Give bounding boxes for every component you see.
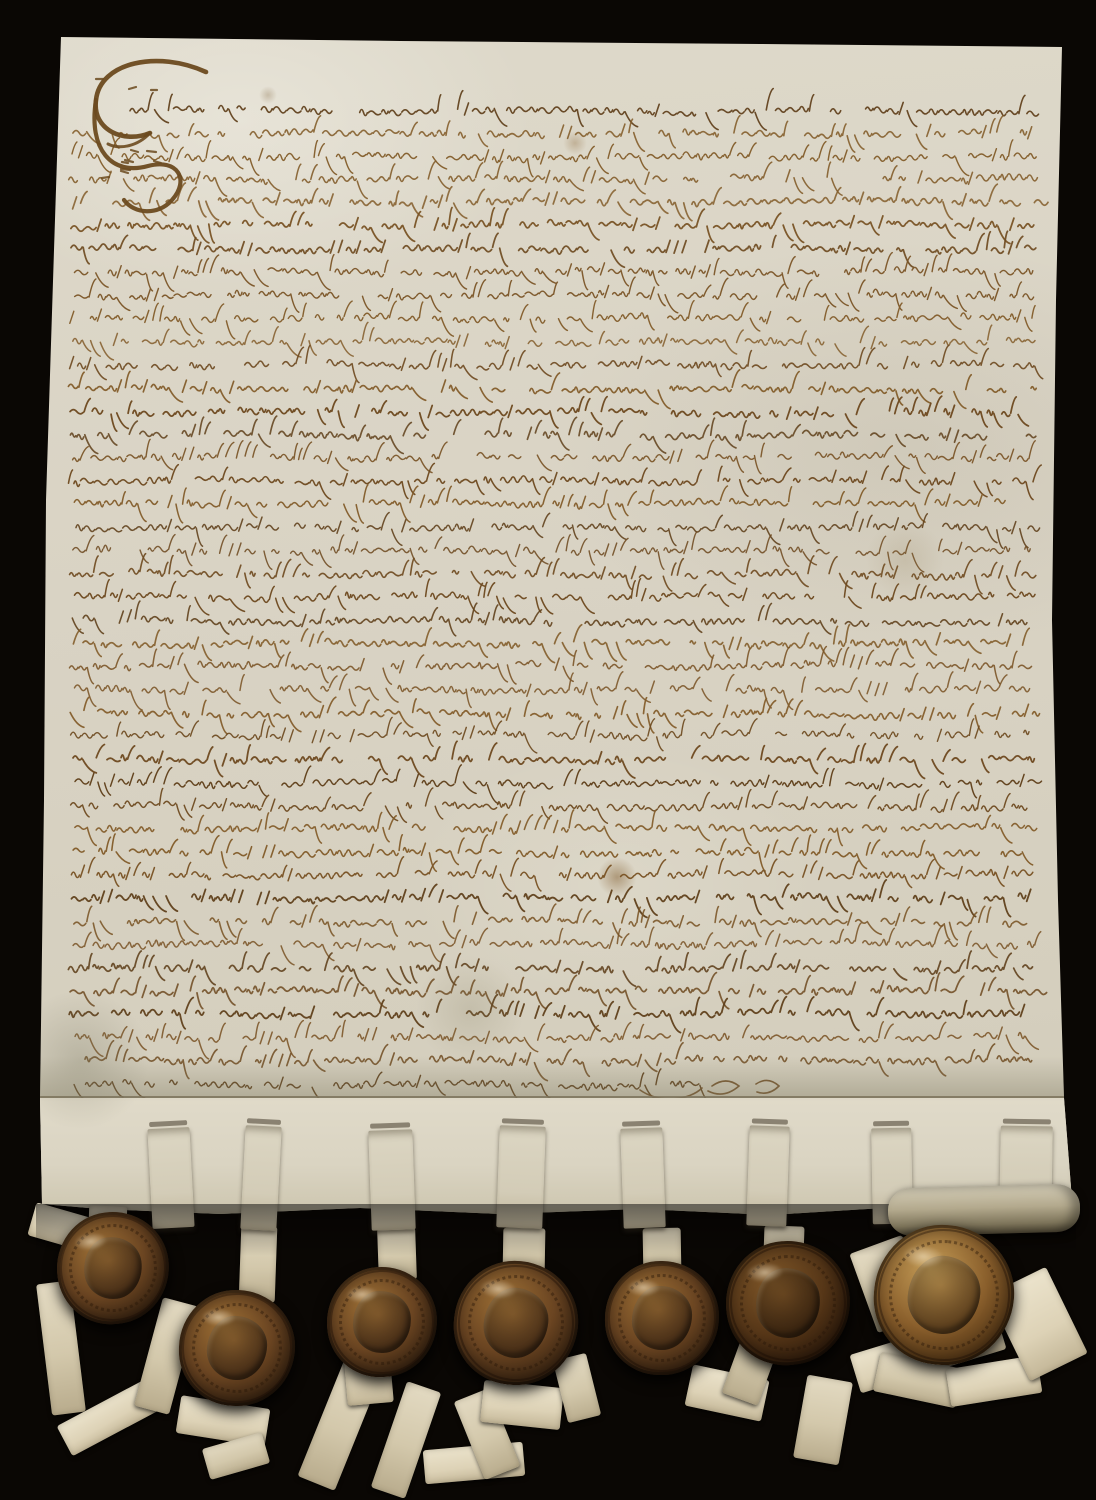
- seal-strip: [202, 1432, 270, 1480]
- handwriting-stroke: [122, 162, 128, 163]
- wax-seal-3: [324, 1264, 440, 1380]
- charter-photograph: [0, 0, 1096, 1500]
- handwriting-stroke: [70, 973, 1047, 1010]
- handwriting-stroke: [73, 439, 1036, 473]
- wax-seal-5: [604, 1260, 720, 1376]
- handwriting-stroke: [71, 857, 1032, 891]
- handwriting-stroke: [75, 253, 1033, 292]
- handwriting-stroke: [130, 89, 1039, 131]
- wax-seal-7: [868, 1219, 1020, 1371]
- handwriting-stroke: [73, 532, 1030, 572]
- handwriting-stroke: [69, 463, 1042, 499]
- handwriting-stroke: [73, 741, 1034, 778]
- handwriting-stroke: [70, 396, 1028, 431]
- seal-wax-disc: [604, 1260, 720, 1376]
- handwriting-stroke: [70, 647, 1032, 685]
- handwriting-stroke: [131, 150, 138, 152]
- handwriting-stroke: [70, 301, 1035, 339]
- seal-wax-disc: [324, 1264, 440, 1380]
- handwriting-stroke: [74, 485, 1005, 523]
- wax-seal-4: [448, 1255, 584, 1391]
- handwriting-stroke: [73, 923, 1041, 965]
- handwriting-stroke: [75, 765, 1041, 804]
- seal-wax-disc: [448, 1255, 584, 1391]
- handwriting-stroke: [73, 834, 1033, 871]
- handwriting-stroke: [75, 1020, 1038, 1059]
- handwriting-stroke: [74, 904, 1027, 941]
- handwriting-stroke: [75, 579, 1036, 615]
- parchment-tag: [620, 1127, 665, 1228]
- seal-wax-disc: [868, 1219, 1020, 1371]
- handwriting-stroke: [73, 116, 1032, 152]
- parchment-tag: [496, 1125, 546, 1229]
- handwriting-stroke: [102, 177, 109, 178]
- handwriting-stroke: [70, 697, 1039, 734]
- handwriting-stroke: [85, 1041, 1032, 1081]
- handwriting-stroke: [147, 151, 156, 152]
- handwriting-stroke: [72, 601, 1027, 636]
- seal-wax-disc: [722, 1237, 854, 1369]
- handwriting-stroke: [75, 672, 1030, 710]
- handwriting-stroke: [71, 231, 1036, 267]
- handwriting-stroke: [68, 951, 1032, 987]
- handwriting-stroke: [75, 810, 1037, 846]
- handwriting-stroke: [121, 169, 130, 170]
- handwriting-stroke: [71, 208, 1034, 244]
- parchment-tag: [368, 1129, 415, 1230]
- handwriting-stroke: [73, 625, 1029, 663]
- handwriting-stroke: [73, 322, 1035, 360]
- seal-strip: [793, 1375, 853, 1466]
- handwriting-stroke: [70, 554, 1036, 594]
- wax-seal-6: [722, 1237, 854, 1369]
- handwriting-stroke: [69, 161, 1038, 198]
- wax-seal-2: [177, 1288, 297, 1408]
- handwriting-stroke: [129, 87, 136, 89]
- seal-wax-disc: [177, 1288, 297, 1408]
- handwriting-stroke: [72, 138, 1036, 177]
- wax-seal-1: [51, 1206, 176, 1331]
- parchment-tag: [746, 1125, 789, 1226]
- parchment-tag: [240, 1125, 281, 1231]
- handwriting-stroke: [640, 1080, 779, 1098]
- handwriting-stroke: [121, 171, 128, 173]
- handwriting-stroke: [76, 512, 1040, 549]
- seal-wax-disc: [51, 1206, 176, 1331]
